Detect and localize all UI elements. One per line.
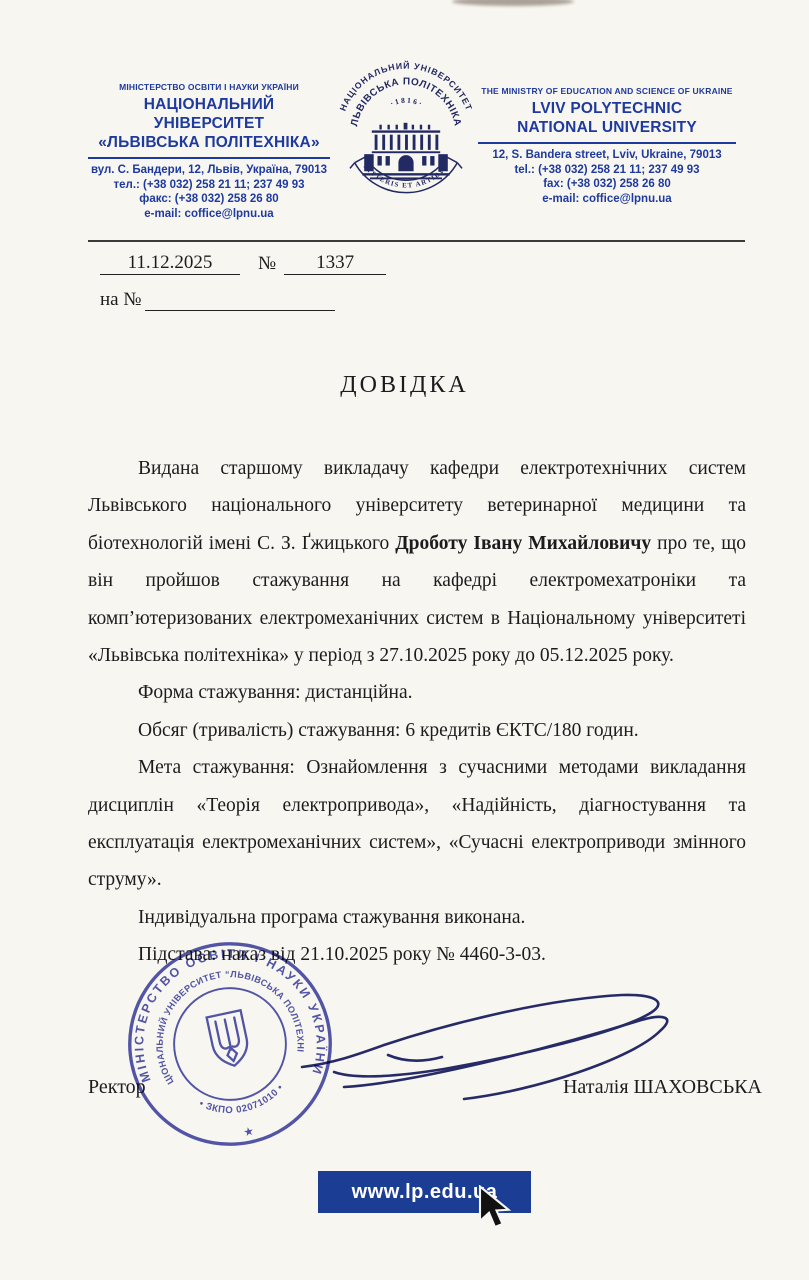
ministry-line-uk: МІНІСТЕРСТВО ОСВІТИ І НАУКИ УКРАЇНИ [88, 82, 330, 92]
svg-text:· 1 8 1 6 ·: · 1 8 1 6 · [389, 96, 424, 108]
reference-block: 11.12.2025 № 1337 на № [100, 252, 386, 311]
fax-en: fax: (+38 032) 258 26 80 [478, 177, 736, 192]
university-name-en-line1: LVIV POLYTECHNIC [478, 99, 736, 118]
university-emblem: НАЦІОНАЛЬНИЙ УНІВЕРСИТЕТ ЛЬВІВСЬКА ПОЛІТ… [330, 55, 482, 221]
stamp-trident-shield [207, 1010, 252, 1069]
phone-uk: тел.: (+38 032) 258 21 11; 237 49 93 [88, 178, 330, 193]
svg-text:• ЗКПО 02071010 •: • ЗКПО 02071010 • [195, 1081, 289, 1124]
paragraph-form: Форма стажування: дистанційна. [88, 674, 746, 711]
reference-row: 11.12.2025 № 1337 [100, 252, 386, 275]
paragraph-program-completed: Індивідуальна програма стажування викона… [88, 899, 746, 936]
letterhead-ukrainian: МІНІСТЕРСТВО ОСВІТИ І НАУКИ УКРАЇНИ НАЦІ… [88, 82, 330, 221]
paragraph-volume: Обсяг (тривалість) стажування: 6 кредиті… [88, 712, 746, 749]
reply-reference-row: на № [100, 289, 386, 311]
fax-uk: факс: (+38 032) 258 26 80 [88, 192, 330, 207]
phone-en: tel.: (+38 032) 258 21 11; 237 49 93 [478, 163, 736, 178]
address-en: 12, S. Bandera street, Lviv, Ukraine, 79… [478, 148, 736, 163]
email-uk: e-mail: coffice@lpnu.ua [88, 207, 330, 222]
paragraph-purpose: Мета стажування: Ознайомлення з сучасним… [88, 749, 746, 899]
emblem-graphics: НАЦІОНАЛЬНИЙ УНІВЕРСИТЕТ ЛЬВІВСЬКА ПОЛІТ… [338, 60, 475, 193]
header-rule [88, 240, 745, 242]
recipient-name: Дроботу Івану Михайловичу [395, 533, 651, 554]
mouse-cursor-icon [477, 1185, 519, 1233]
emblem-year-text: · 1 8 1 6 · [389, 96, 424, 108]
handwritten-signature [292, 985, 692, 1125]
emblem-building-illustration [362, 123, 449, 180]
reply-reference-label: на № [100, 289, 141, 311]
scanned-certificate-page: МІНІСТЕРСТВО ОСВІТИ І НАУКИ УКРАЇНИ НАЦІ… [0, 0, 809, 1280]
scan-artifact-smudge [452, 0, 574, 6]
number-sign: № [258, 253, 276, 275]
university-name-en-line2: NATIONAL UNIVERSITY [478, 118, 736, 137]
letterhead-divider [478, 142, 736, 144]
letterhead-english: THE MINISTRY OF EDUCATION AND SCIENCE OF… [478, 86, 736, 206]
ministry-line-en: THE MINISTRY OF EDUCATION AND SCIENCE OF… [478, 86, 736, 96]
university-name-uk-line1: НАЦІОНАЛЬНИЙ УНІВЕРСИТЕТ [88, 95, 330, 133]
stamp-star: ★ [242, 1125, 255, 1140]
letterhead-divider [88, 157, 330, 159]
stamp-zkpo-code: • ЗКПО 02071010 • [195, 1081, 289, 1124]
address-uk: вул. С. Бандери, 12, Львів, Україна, 790… [88, 163, 330, 178]
email-en: e-mail: coffice@lpnu.ua [478, 192, 736, 207]
university-name-uk-line2: «ЛЬВІВСЬКА ПОЛІТЕХНІКА» [88, 133, 330, 152]
document-body: Видана старшому викладачу кафедри електр… [88, 450, 746, 974]
document-date: 11.12.2025 [100, 252, 240, 275]
paragraph-issued-to: Видана старшому викладачу кафедри електр… [88, 450, 746, 674]
reply-reference-blank [145, 310, 335, 311]
document-number: 1337 [284, 252, 386, 275]
document-title: ДОВІДКА [0, 372, 809, 399]
